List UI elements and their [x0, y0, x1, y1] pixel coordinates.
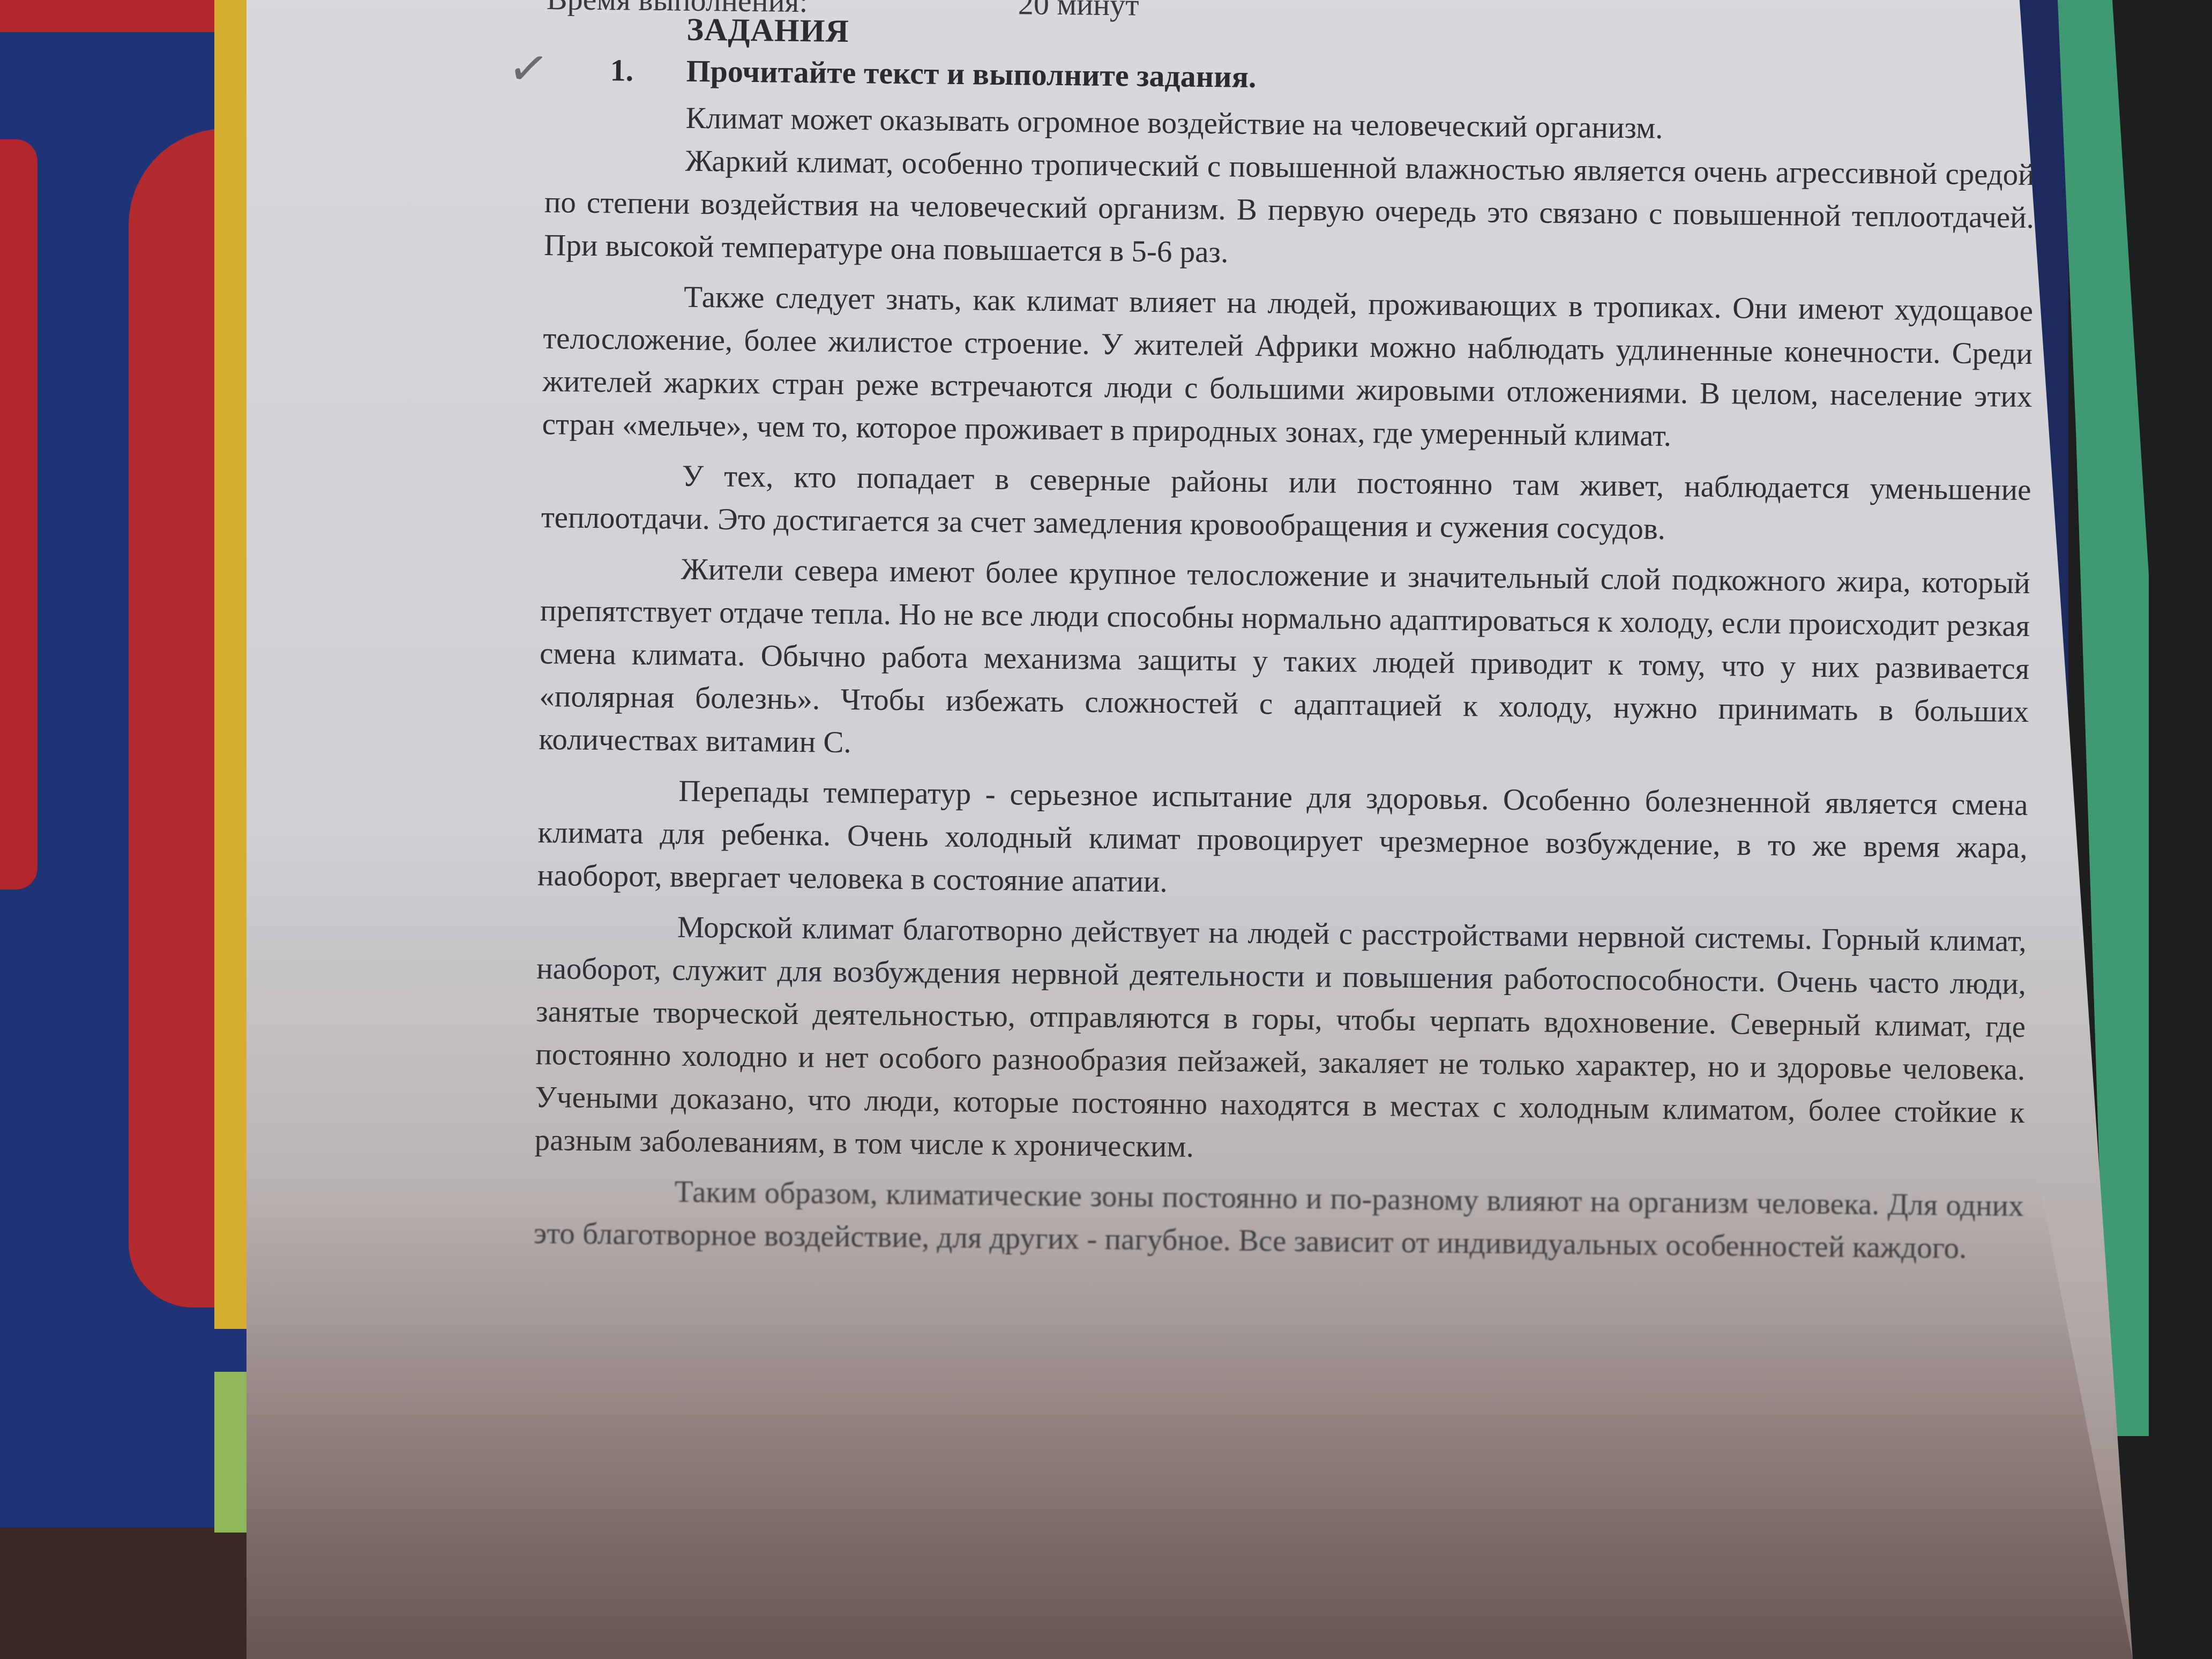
reading-passage: Климат может оказывать огромное воздейст…: [533, 95, 2035, 1271]
task-number: 1.: [610, 52, 633, 88]
section-heading: ЗАДАНИЯ: [686, 11, 849, 50]
paragraph-north-residents: Жители севера имеют более крупное телосл…: [539, 547, 2030, 776]
carpet-pattern-red: [0, 139, 38, 890]
document-content: Время выполнения: 20 минут ЗАДАНИЯ ✓ 1. …: [547, 0, 2036, 16]
paragraph-conclusion: Таким образом, климатические зоны постоя…: [533, 1169, 2024, 1271]
paragraph-temperature-changes: Перепады температур - серьезное испытани…: [537, 768, 2028, 913]
task-instruction-text: Прочитайте текст и выполните задания.: [686, 53, 1257, 95]
paragraph-tropics: Также следует знать, как климат влияет н…: [542, 274, 2033, 461]
check-mark-icon: ✓: [504, 38, 552, 100]
paragraph-north-regions: У тех, кто попадает в северные районы ил…: [541, 453, 2031, 555]
time-limit-value: 20 минут: [1018, 0, 1139, 23]
photo-scene: Время выполнения: 20 минут ЗАДАНИЯ ✓ 1. …: [0, 0, 2212, 1659]
paragraph-climate-types: Морской климат благотворно действует на …: [534, 905, 2027, 1177]
paragraph-hot-climate: Жаркий климат, особенно тропический с по…: [544, 138, 2035, 282]
floor-shadow: [0, 1527, 279, 1659]
